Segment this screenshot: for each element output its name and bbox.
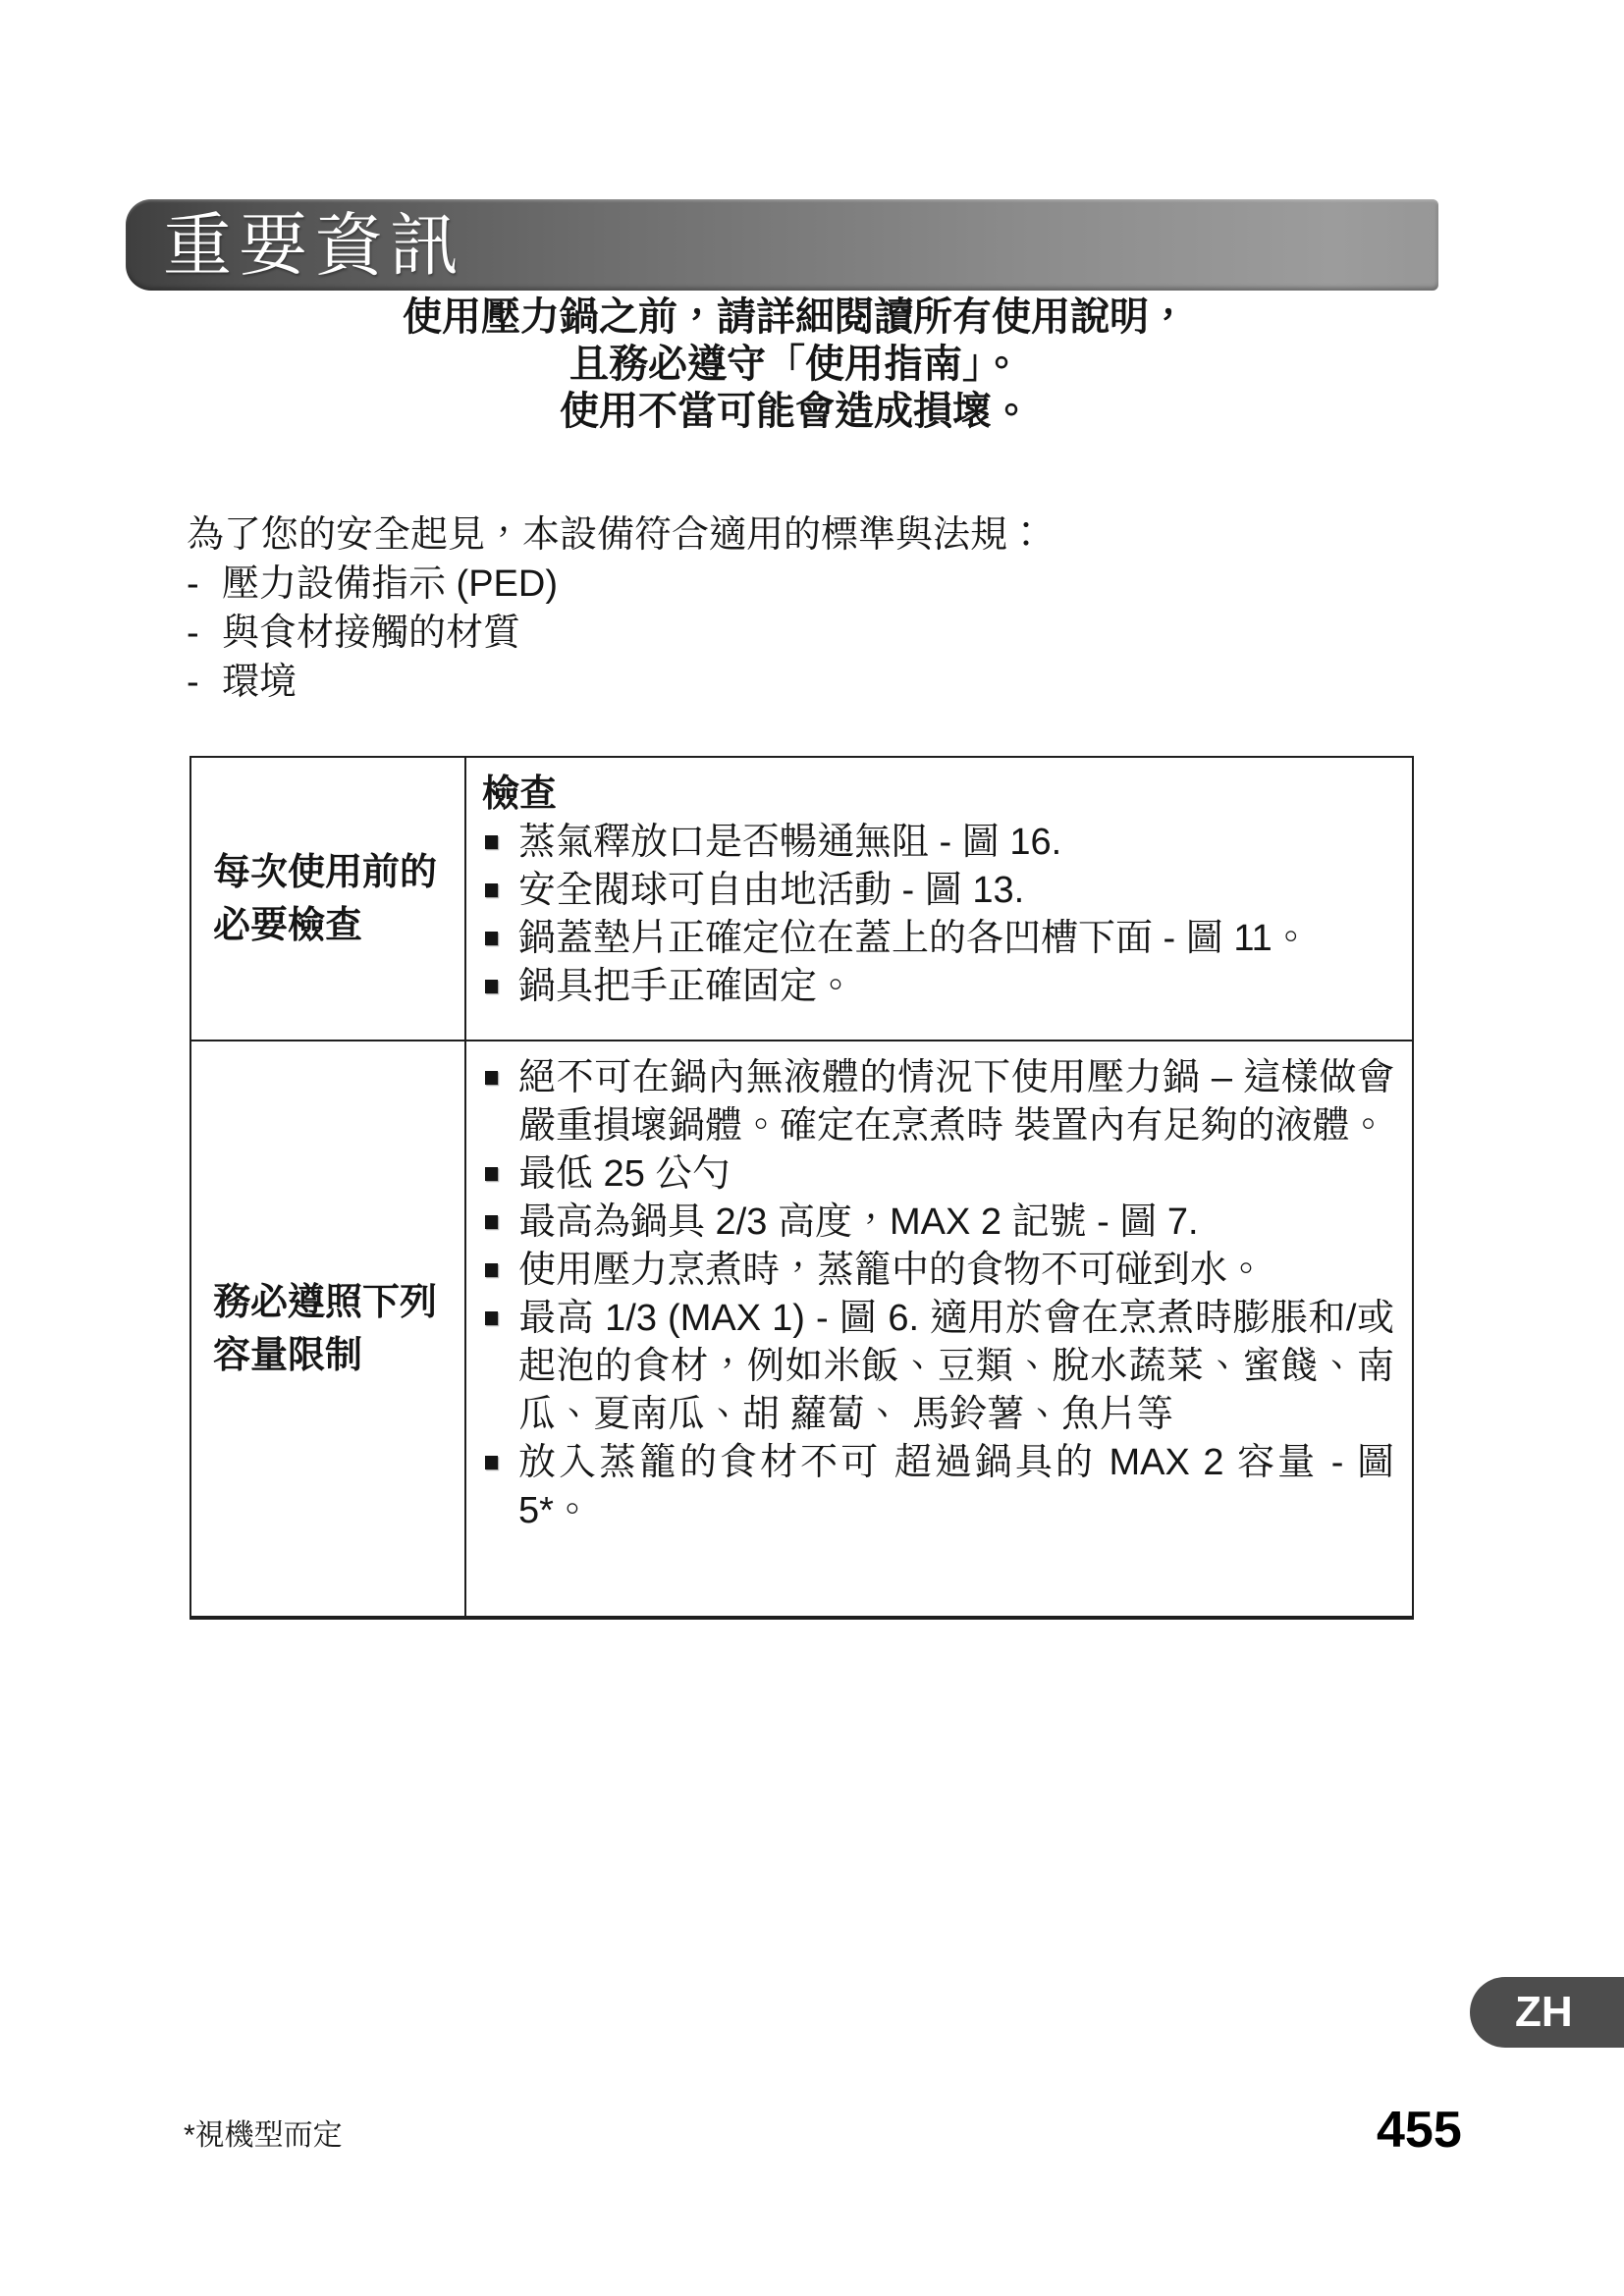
square-bullet-icon (485, 1215, 498, 1229)
square-bullet-icon (485, 1456, 498, 1469)
bullet-item: 鍋蓋墊片正確定位在蓋上的各凹槽下面 - 圖 11。 (482, 915, 1394, 963)
row-content-cell: 絕不可在鍋內無液體的情況下使用壓力鍋 – 這樣做會嚴重損壞鍋體。確定在烹煮時 裝… (466, 1041, 1412, 1616)
page-title: 重要資訊 (126, 201, 465, 290)
bullet-text: 放入蒸籠的食材不可 超過鍋具的 MAX 2 容量 - 圖 5*。 (518, 1439, 1394, 1535)
model-footnote: *視機型而定 (184, 2110, 343, 2154)
bullet-item: 鍋具把手正確固定。 (482, 963, 1394, 1011)
square-bullet-icon (485, 1167, 498, 1181)
bullet-item: 安全閥球可自由地活動 - 圖 13. (482, 867, 1394, 915)
bullet-item: 最低 25 公勺 (482, 1150, 1394, 1199)
compliance-item-text: 與食材接觸的材質 (222, 609, 520, 658)
bullet-item: 使用壓力烹煮時，蒸籠中的食物不可碰到水。 (482, 1247, 1394, 1295)
intro-line: 且務必遵守「使用指南」。 (187, 341, 1404, 388)
bullet-text: 絕不可在鍋內無液體的情況下使用壓力鍋 – 這樣做會嚴重損壞鍋體。確定在烹煮時 裝… (518, 1054, 1394, 1150)
square-bullet-icon (485, 980, 498, 993)
row-label-line: 容量限制 (213, 1329, 464, 1382)
bullet-text: 鍋蓋墊片正確定位在蓋上的各凹槽下面 - 圖 11。 (518, 915, 1394, 963)
language-badge: ZH (1470, 1977, 1624, 2048)
row-label-cell: 務必遵照下列 容量限制 (191, 1041, 466, 1616)
compliance-item: - 環境 (187, 658, 1414, 707)
bullet-text: 最高 1/3 (MAX 1) - 圖 6. 適用於會在烹煮時膨脹和/或起泡的食材… (518, 1295, 1394, 1439)
bullet-item: 最高 1/3 (MAX 1) - 圖 6. 適用於會在烹煮時膨脹和/或起泡的食材… (482, 1295, 1394, 1439)
bullet-text: 蒸氣釋放口是否暢通無阻 - 圖 16. (518, 819, 1394, 867)
square-bullet-icon (485, 932, 498, 945)
bullet-text: 使用壓力烹煮時，蒸籠中的食物不可碰到水。 (518, 1247, 1394, 1295)
compliance-heading: 為了您的安全起見，本設備符合適用的標準與法規： (187, 510, 1414, 560)
manual-page: { "header": { "title": "重要資訊" }, "intro"… (0, 0, 1624, 2296)
section-header-banner: 重要資訊 (126, 199, 1438, 291)
bullet-item: 放入蒸籠的食材不可 超過鍋具的 MAX 2 容量 - 圖 5*。 (482, 1439, 1394, 1535)
row-label-line: 必要檢查 (213, 899, 464, 952)
bullet-text: 鍋具把手正確固定。 (518, 963, 1394, 1011)
square-bullet-icon (485, 1311, 498, 1325)
row-content-cell: 檢查 蒸氣釋放口是否暢通無阻 - 圖 16. 安全閥球可自由地活動 - 圖 13… (466, 758, 1412, 1040)
compliance-item-text: 環境 (222, 658, 297, 707)
square-bullet-icon (485, 1071, 498, 1085)
compliance-section: 為了您的安全起見，本設備符合適用的標準與法規： - 壓力設備指示 (PED) -… (187, 510, 1414, 707)
square-bullet-icon (485, 835, 498, 849)
row-label-line: 每次使用前的 (213, 846, 464, 899)
compliance-item: - 壓力設備指示 (PED) (187, 560, 1414, 609)
table-row: 務必遵照下列 容量限制 絕不可在鍋內無液體的情況下使用壓力鍋 – 這樣做會嚴重損… (191, 1040, 1412, 1616)
bullet-text: 最低 25 公勺 (518, 1150, 1394, 1199)
intro-warning: 使用壓力鍋之前，請詳細閱讀所有使用說明， 且務必遵守「使用指南」。 使用不當可能… (187, 294, 1404, 435)
checks-table: 每次使用前的 必要檢查 檢查 蒸氣釋放口是否暢通無阻 - 圖 16. 安全閥球可… (189, 756, 1414, 1620)
bullet-item: 最高為鍋具 2/3 高度，MAX 2 記號 - 圖 7. (482, 1199, 1394, 1247)
bullet-text: 安全閥球可自由地活動 - 圖 13. (518, 867, 1394, 915)
intro-line: 使用壓力鍋之前，請詳細閱讀所有使用說明， (187, 294, 1404, 341)
cell-heading: 檢查 (482, 771, 1394, 819)
square-bullet-icon (485, 883, 498, 897)
dash-marker: - (187, 658, 222, 707)
bullet-text: 最高為鍋具 2/3 高度，MAX 2 記號 - 圖 7. (518, 1199, 1394, 1247)
dash-marker: - (187, 560, 222, 609)
page-number: 455 (1377, 2101, 1462, 2160)
compliance-item-text: 壓力設備指示 (PED) (222, 560, 558, 609)
row-label-cell: 每次使用前的 必要檢查 (191, 758, 466, 1040)
row-label-line: 務必遵照下列 (213, 1276, 464, 1329)
bullet-item: 絕不可在鍋內無液體的情況下使用壓力鍋 – 這樣做會嚴重損壞鍋體。確定在烹煮時 裝… (482, 1054, 1394, 1150)
bullet-item: 蒸氣釋放口是否暢通無阻 - 圖 16. (482, 819, 1394, 867)
dash-marker: - (187, 609, 222, 658)
compliance-item: - 與食材接觸的材質 (187, 609, 1414, 658)
intro-line: 使用不當可能會造成損壞。 (187, 388, 1404, 435)
table-row: 每次使用前的 必要檢查 檢查 蒸氣釋放口是否暢通無阻 - 圖 16. 安全閥球可… (191, 758, 1412, 1040)
square-bullet-icon (485, 1263, 498, 1277)
